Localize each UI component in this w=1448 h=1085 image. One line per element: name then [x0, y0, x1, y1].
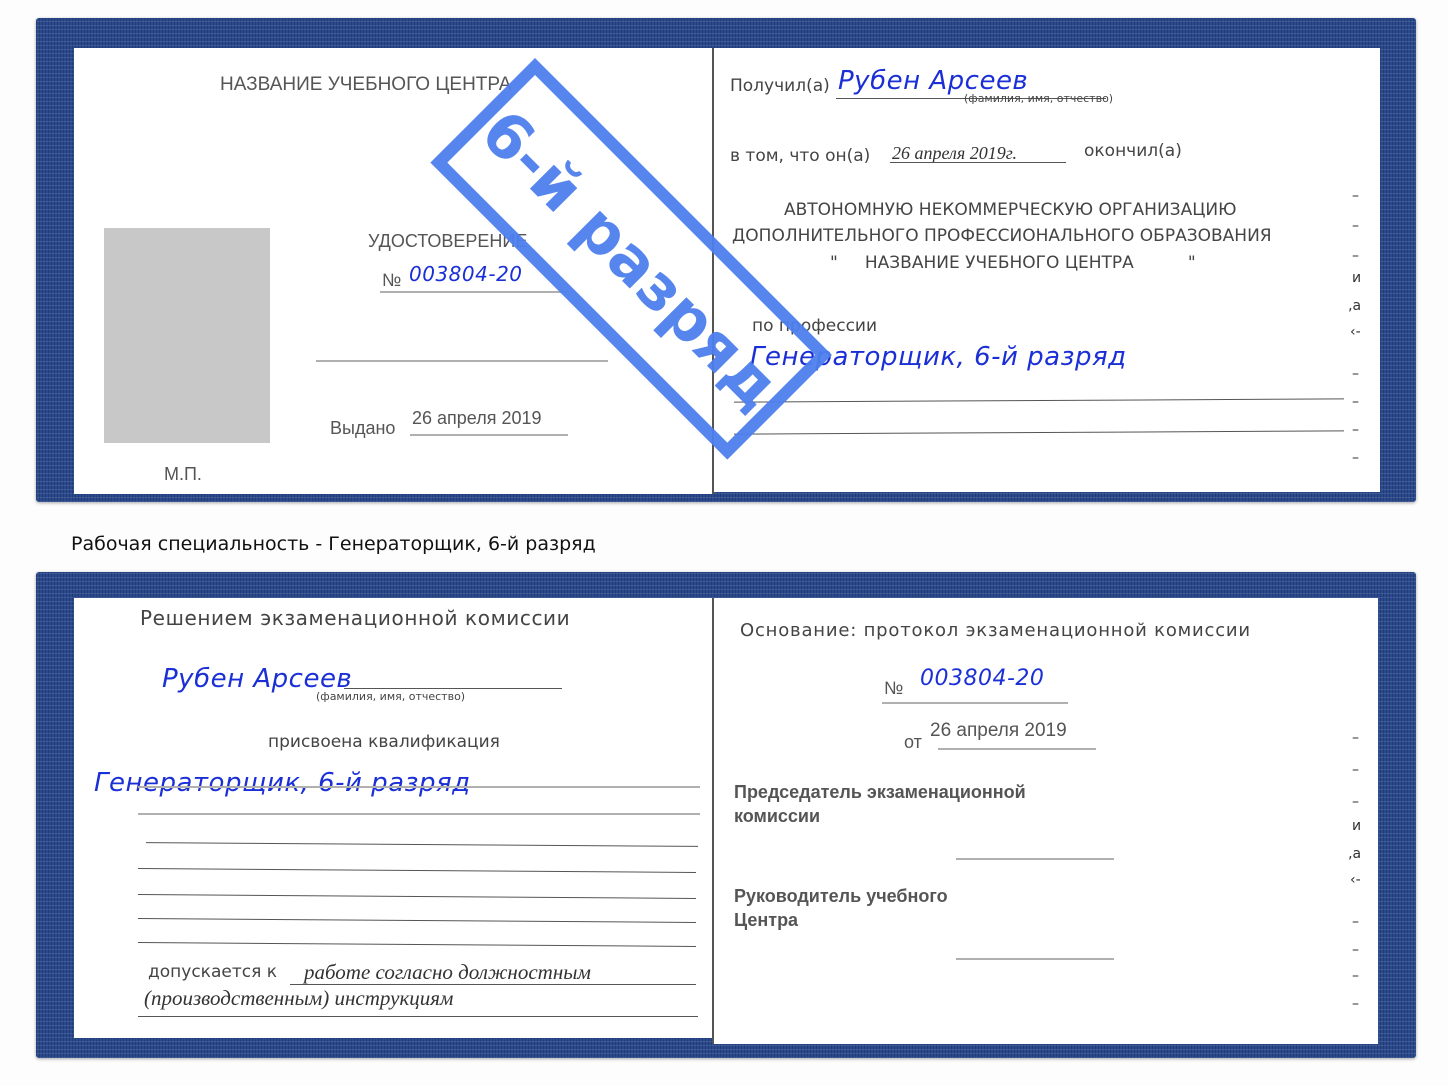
finished-label: окончил(а)	[1084, 141, 1182, 161]
bottom-right-page: Основание: протокол экзаменационной коми…	[714, 598, 1378, 1044]
certificate-number: 003804-20	[409, 262, 523, 286]
edge-mark: –	[1352, 762, 1359, 778]
name-hint: (фамилия, имя, отчество)	[316, 690, 465, 703]
blank-line	[138, 868, 696, 873]
issued-label: Выдано	[330, 418, 395, 439]
certificate-bottom-spread: Решением экзаменационной комиссии Рубен …	[36, 572, 1416, 1058]
number-label: №	[382, 270, 401, 291]
head-label-1: Руководитель учебного	[734, 886, 948, 907]
profession-line-1	[734, 398, 1344, 402]
person-name-underline	[344, 688, 562, 689]
top-right-page: Получил(а) Рубен Арсеев (фамилия, имя, о…	[714, 48, 1380, 492]
admitted-underline-1	[290, 984, 696, 985]
edge-mark: –	[1352, 996, 1359, 1012]
chairman-label-2: комиссии	[734, 806, 820, 827]
edge-mark: –	[1352, 422, 1359, 438]
protocol-date-underline	[938, 748, 1096, 750]
seal-label: М.П.	[164, 464, 202, 485]
blank-line	[138, 894, 696, 899]
number-underline	[380, 291, 568, 293]
blank-line	[316, 360, 608, 362]
edge-mark: ‚а	[1348, 298, 1361, 314]
name-hint: (фамилия, имя, отчество)	[964, 92, 1113, 105]
edge-mark: –	[1352, 366, 1359, 382]
protocol-number-label: №	[884, 678, 903, 699]
admitted-underline-2	[138, 1016, 698, 1017]
edge-mark: ‹-	[1350, 324, 1361, 340]
head-label-2: Центра	[734, 910, 798, 931]
protocol-date: 26 апреля 2019	[930, 720, 1067, 742]
center-name: НАЗВАНИЕ УЧЕБНОГО ЦЕНТРА	[220, 74, 512, 96]
completion-underline	[890, 162, 1066, 163]
blank-line	[138, 942, 696, 947]
edge-mark: –	[1352, 188, 1359, 204]
edge-mark: –	[1352, 450, 1359, 466]
profession-line-2	[734, 430, 1344, 434]
issued-underline	[410, 434, 568, 436]
blank-line	[146, 842, 698, 847]
protocol-number-underline	[882, 702, 1068, 704]
edge-mark: и	[1352, 818, 1361, 834]
admitted-line-2: (производственным) инструкциям	[144, 986, 453, 1011]
decision-title: Решением экзаменационной комиссии	[140, 606, 570, 630]
bottom-left-page: Решением экзаменационной комиссии Рубен …	[74, 598, 714, 1038]
edge-mark: –	[1352, 942, 1359, 958]
issued-date: 26 апреля 2019	[412, 408, 542, 429]
chairman-label-1: Председатель экзаменационной	[734, 782, 1026, 803]
blank-line	[138, 918, 696, 923]
edge-mark: и	[1352, 270, 1361, 286]
photo-placeholder	[104, 228, 270, 443]
edge-mark: –	[1352, 968, 1359, 984]
edge-mark: –	[1352, 794, 1359, 810]
qualification-label: присвоена квалификация	[268, 732, 500, 752]
specialty-caption: Рабочая специальность - Генераторщик, 6-…	[71, 533, 596, 555]
completion-date: 26 апреля 2019г.	[892, 143, 1017, 164]
protocol-date-label: от	[904, 732, 922, 753]
edge-mark: –	[1352, 394, 1359, 410]
qualification-line-2	[138, 813, 700, 815]
edge-mark: ‹-	[1350, 872, 1361, 888]
edge-mark: –	[1352, 218, 1359, 234]
edge-mark: –	[1352, 248, 1359, 264]
edge-mark: –	[1352, 914, 1359, 930]
edge-mark: –	[1352, 730, 1359, 746]
edge-mark: ‚а	[1348, 846, 1361, 862]
head-signature-line	[956, 958, 1114, 960]
chairman-signature-line	[956, 858, 1114, 860]
admitted-line-1: работе согласно должностным	[304, 960, 591, 985]
qualification-line-1	[138, 786, 700, 788]
basis-title: Основание: протокол экзаменационной коми…	[740, 620, 1251, 641]
org-line-1: АВТОНОМНУЮ НЕКОММЕРЧЕСКУЮ ОРГАНИЗАЦИЮ	[784, 200, 1236, 220]
received-label: Получил(а)	[730, 76, 830, 96]
org-line-3: " НАЗВАНИЕ УЧЕБНОГО ЦЕНТРА "	[830, 253, 1196, 273]
admitted-label: допускается к	[148, 962, 277, 982]
org-line-2: ДОПОЛНИТЕЛЬНОГО ПРОФЕССИОНАЛЬНОГО ОБРАЗО…	[732, 226, 1272, 246]
that-label: в том, что он(а)	[730, 146, 870, 166]
protocol-number: 003804-20	[920, 666, 1044, 691]
qualification-value: Генераторщик, 6-й разряд	[94, 768, 471, 798]
